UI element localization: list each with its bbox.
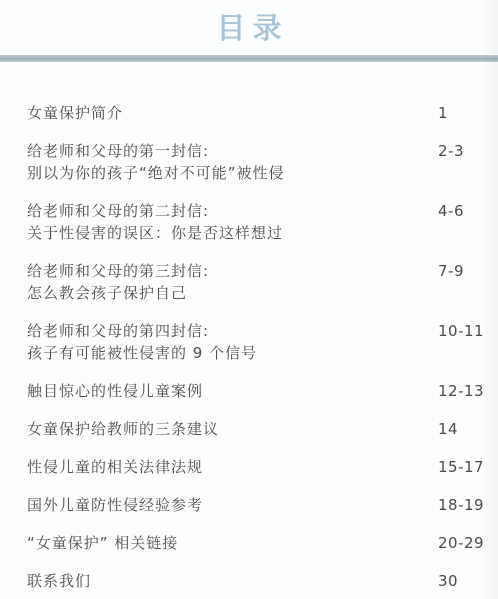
toc-entry-pages: 10-11 xyxy=(438,320,484,342)
toc-list: 女童保护简介 1 给老师和父母的第一封信: 2-3 别以为你的孩子“绝对不可能”… xyxy=(0,62,498,592)
toc-entry-subtitle: 别以为你的孩子“绝对不可能”被性侵 xyxy=(27,162,498,184)
toc-entry: 给老师和父母的第三封信: 7-9 怎么教会孩子保护自己 xyxy=(27,260,498,304)
toc-entry-pages: 30 xyxy=(438,570,458,592)
toc-entry: 给老师和父母的第四封信: 10-11 孩子有可能被性侵害的 9 个信号 xyxy=(27,320,498,364)
toc-entry-pages: 14 xyxy=(438,418,458,440)
toc-entry: “女童保护” 相关链接 20-29 xyxy=(27,532,498,554)
toc-entry-pages: 1 xyxy=(438,102,448,124)
toc-page: 目录 女童保护简介 1 给老师和父母的第一封信: 2-3 别以为你的孩子“绝对不… xyxy=(0,0,498,599)
page-title: 目录 xyxy=(0,8,498,48)
toc-entry-title: 国外儿童防性侵经验参考 xyxy=(27,494,498,516)
toc-entry-title: “女童保护” 相关链接 xyxy=(27,532,498,554)
toc-entry-pages: 20-29 xyxy=(438,532,484,554)
toc-entry-title: 联系我们 xyxy=(27,570,498,592)
toc-entry: 给老师和父母的第一封信: 2-3 别以为你的孩子“绝对不可能”被性侵 xyxy=(27,140,498,184)
toc-entry-title: 给老师和父母的第一封信: xyxy=(27,140,498,162)
toc-entry-pages: 2-3 xyxy=(438,140,464,162)
toc-entry-pages: 12-13 xyxy=(438,380,484,402)
toc-entry-title: 触目惊心的性侵儿童案例 xyxy=(27,380,498,402)
toc-entry-title: 女童保护简介 xyxy=(27,102,498,124)
toc-entry: 性侵儿童的相关法律法规 15-17 xyxy=(27,456,498,478)
toc-entry-subtitle: 关于性侵害的误区：你是否这样想过 xyxy=(27,222,498,244)
toc-entry-pages: 18-19 xyxy=(438,494,484,516)
toc-entry: 国外儿童防性侵经验参考 18-19 xyxy=(27,494,498,516)
toc-entry: 联系我们 30 xyxy=(27,570,498,592)
toc-entry-pages: 7-9 xyxy=(438,260,464,282)
toc-entry-title: 给老师和父母的第三封信: xyxy=(27,260,498,282)
toc-header: 目录 xyxy=(0,0,498,62)
toc-entry: 女童保护给教师的三条建议 14 xyxy=(27,418,498,440)
toc-entry-subtitle: 孩子有可能被性侵害的 9 个信号 xyxy=(27,342,498,364)
toc-entry: 女童保护简介 1 xyxy=(27,102,498,124)
toc-entry: 给老师和父母的第二封信: 4-6 关于性侵害的误区：你是否这样想过 xyxy=(27,200,498,244)
toc-entry-title: 给老师和父母的第四封信: xyxy=(27,320,498,342)
toc-entry-pages: 15-17 xyxy=(438,456,484,478)
toc-entry-title: 给老师和父母的第二封信: xyxy=(27,200,498,222)
toc-entry-title: 性侵儿童的相关法律法规 xyxy=(27,456,498,478)
toc-entry: 触目惊心的性侵儿童案例 12-13 xyxy=(27,380,498,402)
toc-entry-subtitle: 怎么教会孩子保护自己 xyxy=(27,282,498,304)
toc-entry-title: 女童保护给教师的三条建议 xyxy=(27,418,498,440)
toc-entry-pages: 4-6 xyxy=(438,200,464,222)
header-divider xyxy=(0,55,498,62)
